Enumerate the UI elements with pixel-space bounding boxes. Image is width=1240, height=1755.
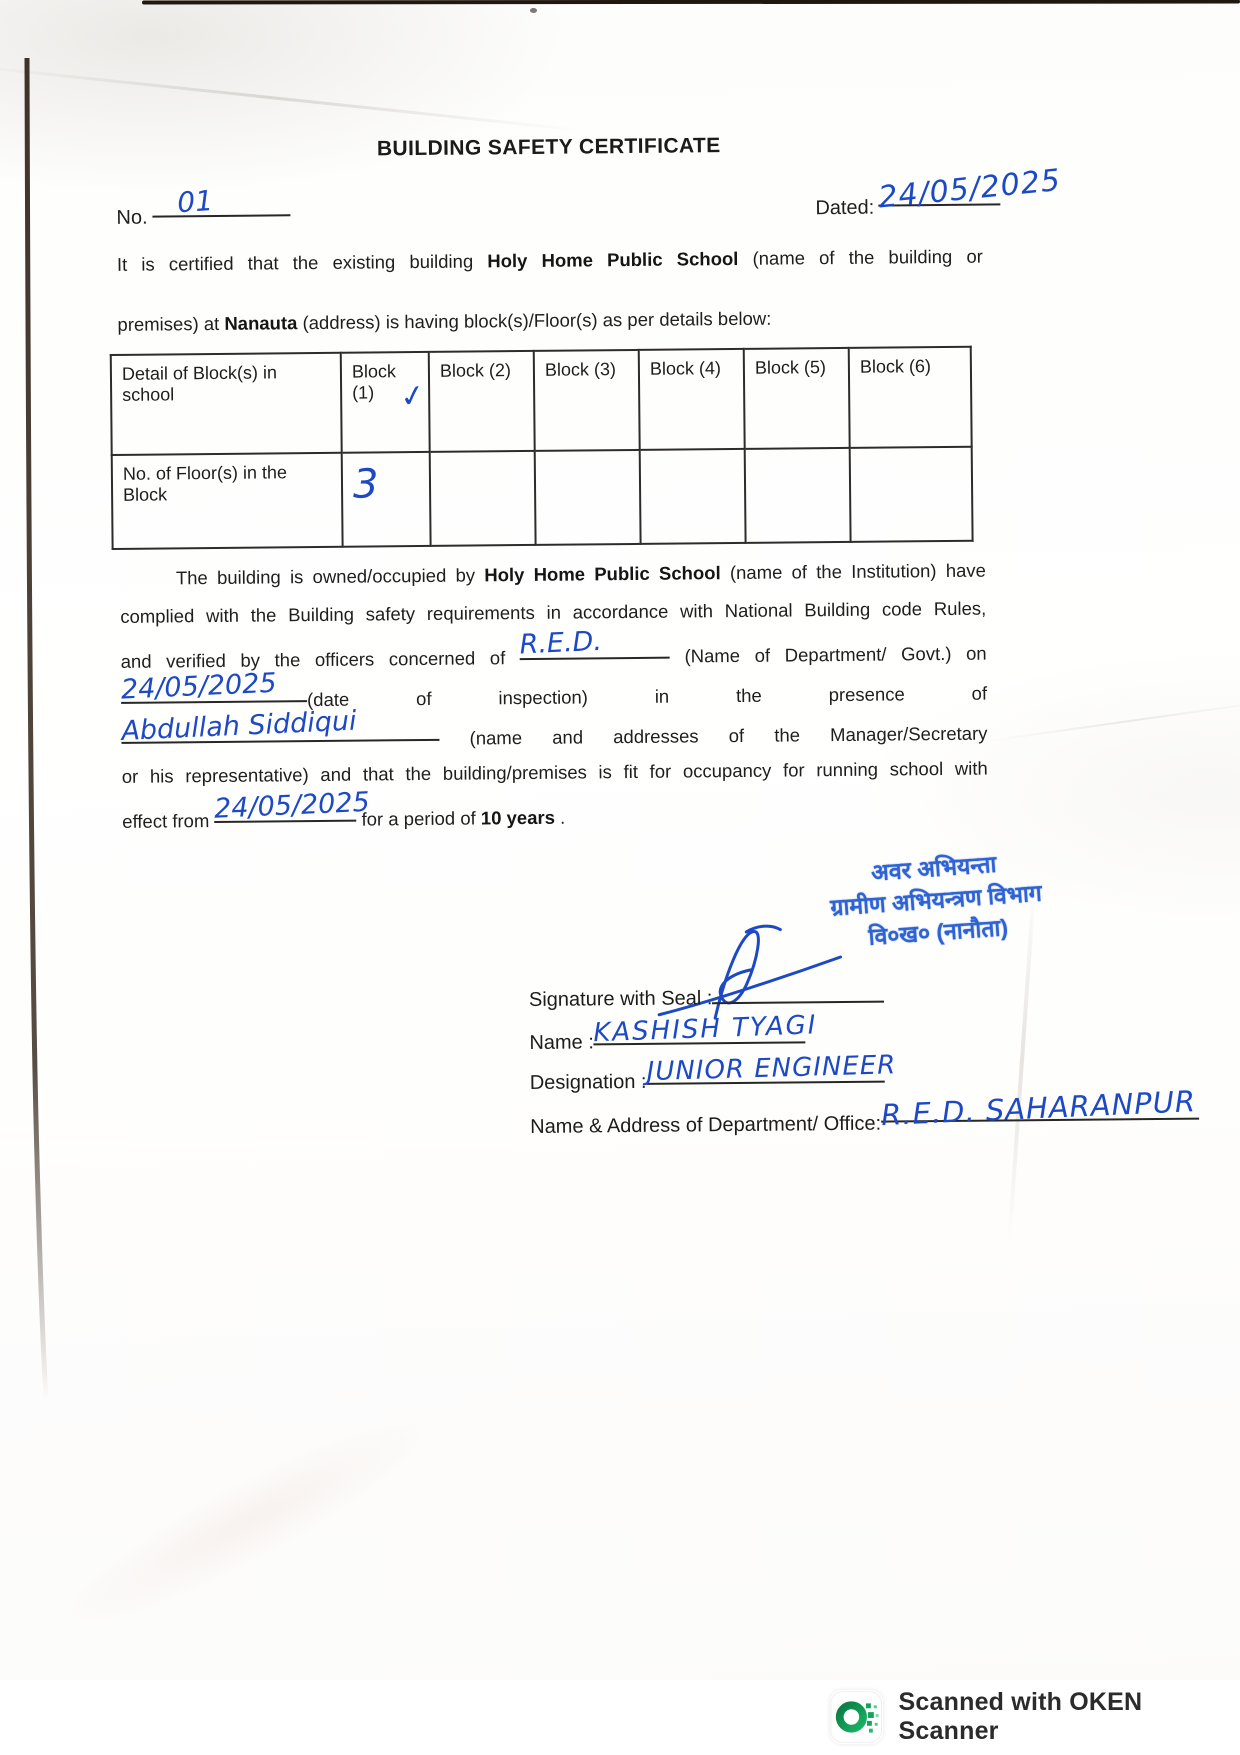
building-name: Holy Home Public School <box>487 248 738 271</box>
scanner-footer-text: Scanned with OKEN Scanner <box>899 1688 1240 1746</box>
floors-block1-handwritten: 3 <box>342 452 431 547</box>
table-header-block1: Block (1)✓ <box>341 352 430 453</box>
table-header-detail: Detail of Block(s) in school <box>111 353 342 455</box>
floors-block6-cell <box>850 447 973 542</box>
intro-line-2: premises) at Nanauta (address) is having… <box>117 306 983 336</box>
intro-line-1: It is certified that the existing buildi… <box>117 246 983 276</box>
inspection-date-blank-line: 24/05/2025 <box>121 682 307 704</box>
office-blank-line: R.E.D. SAHARANPUR <box>881 1100 1199 1123</box>
no-label: No. <box>116 207 147 229</box>
body-line-5: Abdullah Siddiqui (name and addresses of… <box>121 716 987 753</box>
department-blank-line: R.E.D. <box>520 639 670 660</box>
body-line-3: and verified by the officers concerned o… <box>121 636 987 673</box>
no-handwritten-value: 01 <box>176 184 214 219</box>
table-header-block6: Block (6) <box>849 347 972 448</box>
certificate-page: BUILDING SAFETY CERTIFICATE No. 01 Dated… <box>0 0 1240 1755</box>
scanner-footer: Scanned with OKEN Scanner <box>0 1680 1240 1755</box>
table-header-block4: Block (4) <box>639 349 745 450</box>
period-value: 10 years <box>481 807 555 829</box>
dated-blank-line: 24/05/2025 <box>879 185 1001 206</box>
office-row: Name & Address of Department/ Office:R.E… <box>530 1100 1199 1139</box>
floors-block2-cell <box>430 451 536 546</box>
no-blank-line: 01 <box>152 196 290 217</box>
table-row-label: No. of Floor(s) in the Block <box>112 453 343 549</box>
manager-name-blank-line: Abdullah Siddiqui <box>121 721 439 744</box>
body-line-1: The building is owned/occupied by Holy H… <box>120 560 986 590</box>
dated-field: Dated: 24/05/2025 <box>815 185 1001 220</box>
name-label: Name : <box>529 1031 594 1054</box>
signature-with-seal-row: Signature with Seal : <box>529 983 885 1012</box>
table-header-block3: Block (3) <box>534 350 640 451</box>
effect-date-handwritten: 24/05/2025 <box>214 787 371 825</box>
name-blank-line: KASHISH TYAGI <box>594 1023 806 1045</box>
body-line-6: or his representative) and that the buil… <box>122 758 988 788</box>
table-header-block5: Block (5) <box>744 348 850 449</box>
table-header-block2: Block (2) <box>429 351 535 452</box>
institution-name: Holy Home Public School <box>484 562 721 585</box>
floors-block5-cell <box>745 448 851 543</box>
signature-seal-label: Signature with Seal : <box>529 987 713 1011</box>
blocks-table: Detail of Block(s) in school Block (1)✓ … <box>110 346 974 550</box>
floors-block4-cell <box>640 449 746 544</box>
building-address: Nanauta <box>224 312 297 334</box>
designation-row: Designation :JUNIOR ENGINEER <box>530 1063 885 1095</box>
inspection-date-handwritten: 24/05/2025 <box>120 668 277 706</box>
designation-label: Designation : <box>530 1071 647 1094</box>
handwritten-check-mark: ✓ <box>397 377 428 416</box>
name-handwritten: KASHISH TYAGI <box>593 1010 818 1048</box>
body-line-4: 24/05/2025(date of inspection) in the pr… <box>121 676 987 713</box>
department-handwritten: R.E.D. <box>519 626 603 661</box>
oken-scanner-icon <box>830 1690 883 1744</box>
dated-handwritten-value: 24/05/2025 <box>877 163 1062 216</box>
floors-block3-cell <box>535 450 641 545</box>
designation-blank-line: JUNIOR ENGINEER <box>646 1063 884 1085</box>
name-row: Name :KASHISH TYAGI <box>529 1023 806 1055</box>
dated-label: Dated: <box>815 197 874 220</box>
effect-date-blank-line: 24/05/2025 <box>214 802 356 823</box>
scanned-document: BUILDING SAFETY CERTIFICATE No. 01 Dated… <box>0 0 1240 1755</box>
body-line-7: effect from 24/05/2025 for a period of 1… <box>122 796 988 833</box>
office-label: Name & Address of Department/ Office: <box>530 1113 881 1138</box>
page-title: BUILDING SAFETY CERTIFICATE <box>116 132 982 164</box>
office-handwritten: R.E.D. SAHARANPUR <box>880 1084 1196 1132</box>
body-line-2: complied with the Building safety requir… <box>120 598 986 628</box>
designation-handwritten: JUNIOR ENGINEER <box>646 1050 896 1087</box>
signature-blank-line <box>712 983 884 1005</box>
certificate-number-field: No. 01 <box>116 196 290 230</box>
